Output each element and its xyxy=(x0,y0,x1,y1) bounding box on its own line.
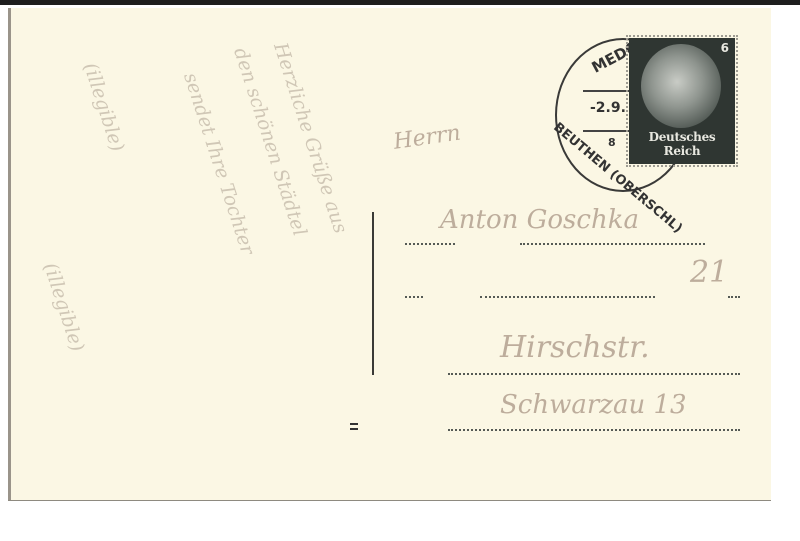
address-line-4 xyxy=(448,429,740,431)
address-city: Schwarzau 13 xyxy=(500,390,687,420)
address-line-1a xyxy=(405,243,455,245)
address-line-1b xyxy=(520,243,705,245)
printer-mark xyxy=(350,420,358,434)
photo-edge xyxy=(0,0,800,5)
address-line-2b xyxy=(480,296,655,298)
address-number: 21 xyxy=(690,255,728,290)
postmark-time: 8 xyxy=(608,136,616,149)
postage-stamp: 6 Deutsches Reich xyxy=(629,38,735,164)
address-line-2a xyxy=(405,296,423,298)
postmark-date: -2.9. xyxy=(590,100,626,116)
stamp-value: 6 xyxy=(721,41,729,55)
stamp-country-label: Deutsches Reich xyxy=(629,130,735,158)
address-line-3 xyxy=(448,373,740,375)
address-line-2c xyxy=(728,296,740,298)
portrait-medallion-icon xyxy=(641,44,721,128)
address-street: Hirschstr. xyxy=(500,330,650,365)
center-divider xyxy=(372,212,374,375)
address-name: Anton Goschka xyxy=(440,205,639,235)
